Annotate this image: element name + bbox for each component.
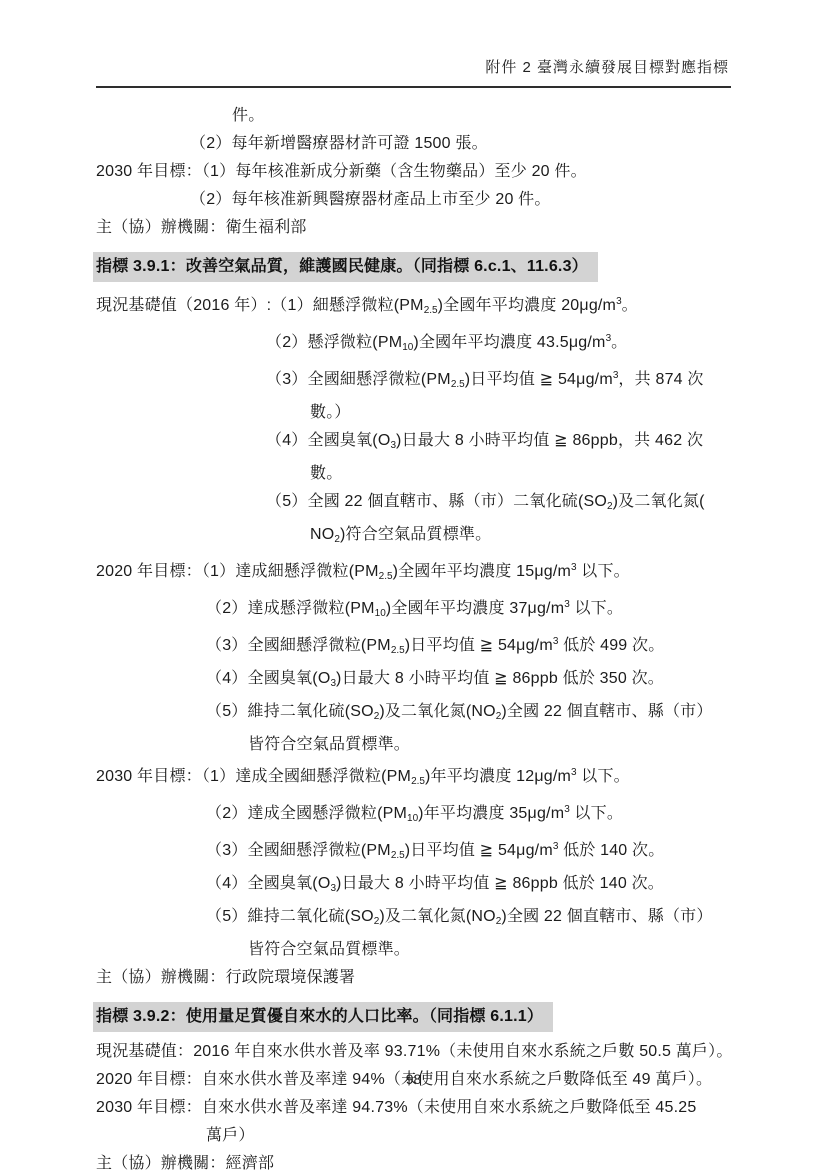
text-line: 數。 bbox=[96, 460, 827, 488]
section-heading-row: 指標 3.9.2：使用量足質優自來水的人口比率。（同指標 6.1.1） bbox=[93, 1002, 827, 1032]
text-line: 萬戶） bbox=[96, 1122, 827, 1150]
text-line: （3）全國細懸浮微粒(PM2.5)日平均值 ≧ 54μg/m3 低於 140 次… bbox=[96, 833, 827, 870]
text-line: 皆符合空氣品質標準。 bbox=[96, 936, 827, 964]
text-line: 件。 bbox=[96, 102, 827, 130]
page-header: 附件 2 臺灣永續發展目標對應指標 bbox=[96, 0, 731, 88]
text-line: 主（協）辦機關：衛生福利部 bbox=[96, 214, 827, 242]
section-heading-row: 指標 3.9.1：改善空氣品質，維護國民健康。（同指標 6.c.1、11.6.3… bbox=[93, 252, 827, 282]
text-line: （3）全國細懸浮微粒(PM2.5)日平均值 ≧ 54μg/m3，共 874 次 bbox=[96, 362, 827, 399]
section-heading: 指標 3.9.1：改善空氣品質，維護國民健康。（同指標 6.c.1、11.6.3… bbox=[93, 252, 598, 282]
text-line: （2）每年核准新興醫療器材產品上市至少 20 件。 bbox=[96, 186, 827, 214]
text-line: 2020 年目標：（1）達成細懸浮微粒(PM2.5)全國年平均濃度 15μg/m… bbox=[96, 554, 827, 591]
text-line: 皆符合空氣品質標準。 bbox=[96, 731, 827, 759]
text-line: （5）維持二氧化硫(SO2)及二氧化氮(NO2)全國 22 個直轄市、縣（市） bbox=[96, 698, 827, 731]
text-line: 現況基礎值（2016 年）:（1）細懸浮微粒(PM2.5)全國年平均濃度 20μ… bbox=[96, 288, 827, 325]
text-line: 2030 年目標：（1）達成全國細懸浮微粒(PM2.5)年平均濃度 12μg/m… bbox=[96, 759, 827, 796]
text-line: （3）全國細懸浮微粒(PM2.5)日平均值 ≧ 54μg/m3 低於 499 次… bbox=[96, 628, 827, 665]
text-line: 數。） bbox=[96, 399, 827, 427]
document-page: 附件 2 臺灣永續發展目標對應指標 件。（2）每年新增醫療器材許可證 1500 … bbox=[0, 0, 827, 1170]
text-line: （2）達成全國懸浮微粒(PM10)年平均濃度 35μg/m3 以下。 bbox=[96, 796, 827, 833]
text-line: 主（協）辦機關：行政院環境保護署 bbox=[96, 964, 827, 992]
text-line: （2）每年新增醫療器材許可證 1500 張。 bbox=[96, 130, 827, 158]
text-line: （2）懸浮微粒(PM10)全國年平均濃度 43.5μg/m3。 bbox=[96, 325, 827, 362]
document-body: 件。（2）每年新增醫療器材許可證 1500 張。2030 年目標：（1）每年核准… bbox=[0, 88, 827, 1170]
text-line: NO2)符合空氣品質標準。 bbox=[96, 521, 827, 554]
page-header-title: 附件 2 臺灣永續發展目標對應指標 bbox=[485, 59, 729, 76]
text-line: （2）達成懸浮微粒(PM10)全國年平均濃度 37μg/m3 以下。 bbox=[96, 591, 827, 628]
text-line: （5）全國 22 個直轄市、縣（市）二氧化硫(SO2)及二氧化氮( bbox=[96, 488, 827, 521]
text-line: 主（協）辦機關：經濟部 bbox=[96, 1150, 827, 1170]
text-line: （4）全國臭氧(O3)日最大 8 小時平均值 ≧ 86ppb，共 462 次 bbox=[96, 427, 827, 460]
text-line: 2030 年目標：自來水供水普及率達 94.73%（未使用自來水系統之戶數降低至… bbox=[96, 1094, 827, 1122]
text-line: （5）維持二氧化硫(SO2)及二氧化氮(NO2)全國 22 個直轄市、縣（市） bbox=[96, 903, 827, 936]
text-line: （4）全國臭氧(O3)日最大 8 小時平均值 ≧ 86ppb 低於 350 次。 bbox=[96, 665, 827, 698]
page-number: 98 bbox=[406, 1071, 422, 1087]
text-line: 現況基礎值：2016 年自來水供水普及率 93.71%（未使用自來水系統之戶數 … bbox=[96, 1038, 827, 1066]
page-footer: 98 bbox=[96, 1071, 731, 1087]
section-heading: 指標 3.9.2：使用量足質優自來水的人口比率。（同指標 6.1.1） bbox=[93, 1002, 553, 1032]
text-line: （4）全國臭氧(O3)日最大 8 小時平均值 ≧ 86ppb 低於 140 次。 bbox=[96, 870, 827, 903]
text-line: 2030 年目標：（1）每年核准新成分新藥（含生物藥品）至少 20 件。 bbox=[96, 158, 827, 186]
